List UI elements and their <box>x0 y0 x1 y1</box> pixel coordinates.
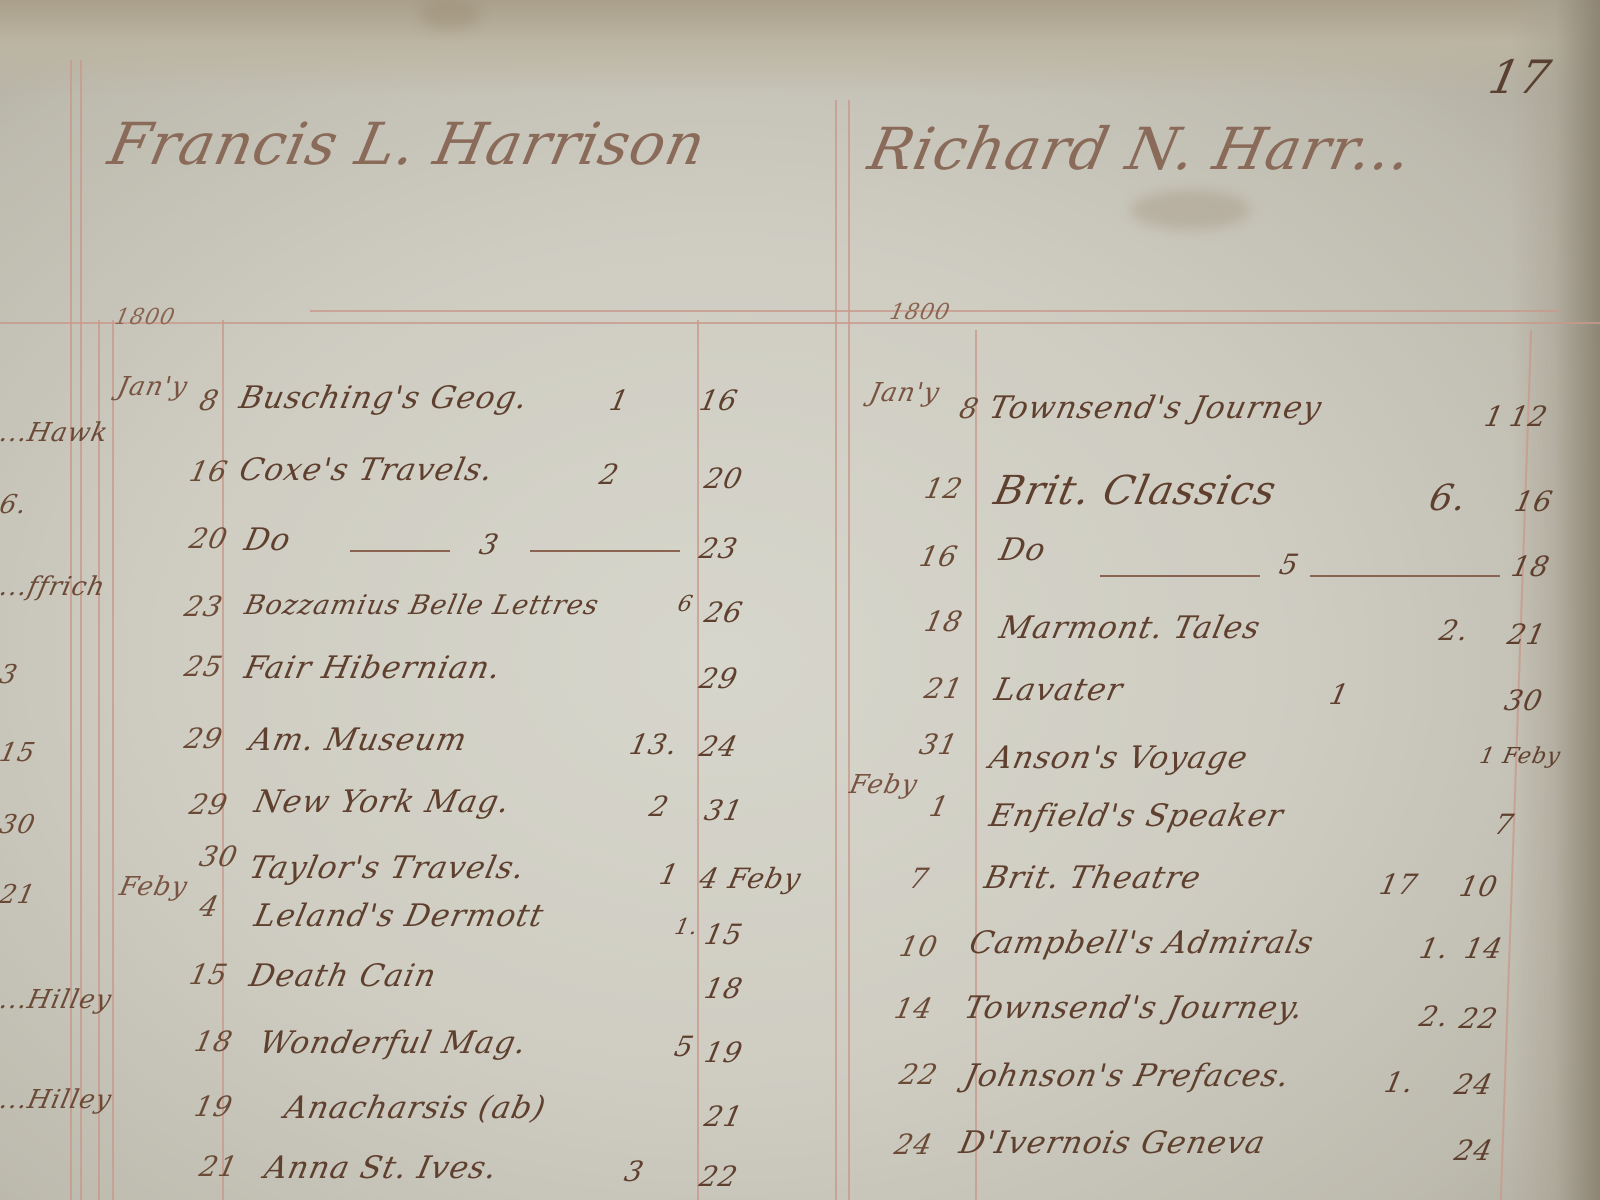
entry-title: Do <box>996 532 1049 568</box>
paper-stain-top <box>0 0 1600 95</box>
entry-title: D'Ivernois Geneva <box>956 1125 1269 1161</box>
entry-returned: 16 <box>1511 485 1556 518</box>
entry-title: Anna St. Ives. <box>261 1150 501 1186</box>
entry-month: Jan'y <box>115 372 191 402</box>
entry-volume: 1. <box>1416 932 1452 965</box>
entry-day: 16 <box>186 455 231 488</box>
right-account-name: Richard N. Harr... <box>863 115 1419 183</box>
ruling-center-2 <box>848 100 850 1200</box>
entry-day: 4 <box>196 890 222 923</box>
entry-day: 7 <box>906 862 932 895</box>
margin-fragment: 30 <box>0 810 38 840</box>
entry-volume: 2. <box>1436 614 1472 647</box>
entry-day: 20 <box>186 522 231 555</box>
entry-returned: 24 <box>1451 1134 1496 1167</box>
margin-fragment: ...Hilley <box>0 985 115 1015</box>
entry-title: Death Cain <box>246 958 440 994</box>
entry-day: 24 <box>891 1128 936 1161</box>
entry-title: Coxe's Travels. <box>236 452 497 488</box>
entry-day: 23 <box>181 590 226 623</box>
entry-day: 16 <box>916 540 961 573</box>
entry-volume: 5 <box>671 1030 697 1063</box>
entry-title: Wonderful Mag. <box>256 1025 530 1061</box>
entry-returned: 18 <box>701 972 746 1005</box>
entry-title: Lavater <box>991 672 1126 708</box>
entry-returned: 30 <box>1501 684 1546 717</box>
entry-title: Fair Hibernian. <box>241 650 504 686</box>
entry-title: Do <box>241 522 294 558</box>
left-year: 1800 <box>112 305 177 330</box>
entry-day: 12 <box>921 472 966 505</box>
entry-volume: 17 <box>1376 868 1421 901</box>
entry-volume: 2. <box>1416 1000 1452 1033</box>
ditto-line <box>530 550 680 552</box>
entry-day: 18 <box>921 605 966 638</box>
entry-title: Anson's Voyage <box>986 740 1251 776</box>
entry-returned: 21 <box>701 1100 746 1133</box>
entry-volume: 1. <box>1381 1066 1417 1099</box>
entry-title: Anacharsis (ab) <box>281 1090 549 1126</box>
entry-title: Taylor's Travels. <box>246 850 528 886</box>
margin-fragment: ...ffrich <box>0 572 108 602</box>
ruling-center-1 <box>835 100 837 1200</box>
entry-returned: 14 <box>1461 932 1506 965</box>
entry-returned: 22 <box>1456 1002 1501 1035</box>
entry-returned: 18 <box>1508 550 1553 583</box>
margin-fragment: 3 <box>0 660 21 690</box>
entry-day: 15 <box>186 958 231 991</box>
entry-volume: 3 <box>621 1155 647 1188</box>
entry-returned: 15 <box>701 918 746 951</box>
entry-day: 31 <box>916 728 961 761</box>
entry-returned: 4 Feby <box>696 862 804 895</box>
left-account-name: Francis L. Harrison <box>103 110 712 178</box>
entry-day: 25 <box>181 650 226 683</box>
entry-volume: 1 <box>656 858 682 891</box>
ruling-header-line-1 <box>0 322 1600 324</box>
ditto-line <box>1100 575 1260 577</box>
entry-returned: 24 <box>696 730 741 763</box>
entry-returned: 26 <box>701 596 746 629</box>
water-stain <box>1130 190 1250 230</box>
entry-title: New York Mag. <box>251 784 513 820</box>
entry-title: Busching's Geog. <box>236 380 531 416</box>
entry-title: Campbell's Admirals <box>966 925 1317 961</box>
ditto-line <box>350 550 450 552</box>
entry-title: Townsend's Journey <box>986 390 1325 426</box>
entry-day: 8 <box>956 392 982 425</box>
entry-day: 1 <box>926 790 952 823</box>
ruling-margin-left-2 <box>80 60 82 1200</box>
entry-day: 21 <box>921 672 966 705</box>
entry-title: Townsend's Journey. <box>961 990 1307 1026</box>
entry-title: Enfield's Speaker <box>986 798 1287 834</box>
entry-day: 21 <box>196 1150 241 1183</box>
ink-blot <box>420 0 480 30</box>
margin-fragment: ...Hilley <box>0 1085 115 1115</box>
margin-fragment: 6. <box>0 490 30 520</box>
entry-returned: 20 <box>701 462 746 495</box>
entry-returned: 16 <box>696 384 741 417</box>
entry-day: 29 <box>181 722 226 755</box>
paper-shadow-right <box>1510 0 1600 1200</box>
entry-volume: 6. <box>1426 478 1471 519</box>
margin-fragment: ...Hawk <box>0 418 111 448</box>
entry-returned: 29 <box>696 662 741 695</box>
entry-title: Leland's Dermott <box>251 898 547 934</box>
entry-returned: 31 <box>701 794 746 827</box>
entry-volume: 1 <box>1326 678 1352 711</box>
entry-month: Jan'y <box>867 378 943 408</box>
entry-volume: 1 <box>606 384 632 417</box>
entry-day: 14 <box>891 992 936 1025</box>
entry-volume: 1 <box>1481 400 1507 433</box>
margin-fragment: 15 <box>0 738 38 768</box>
entry-title: Johnson's Prefaces. <box>961 1058 1293 1094</box>
entry-returned: 21 <box>1504 618 1549 651</box>
entry-day: 22 <box>896 1058 941 1091</box>
entry-day: 18 <box>191 1025 236 1058</box>
entry-month: Feby <box>117 872 191 902</box>
entry-volume: 5 <box>1276 548 1302 581</box>
entry-title: Marmont. Tales <box>996 610 1264 646</box>
margin-fragment: 21 <box>0 880 38 910</box>
entry-returned: 1 Feby <box>1477 744 1563 769</box>
entry-returned: 12 <box>1506 400 1551 433</box>
entry-title: Brit. Theatre <box>981 860 1204 896</box>
right-year: 1800 <box>887 300 952 325</box>
entry-volume: 2 <box>596 458 622 491</box>
entry-title: Am. Museum <box>246 722 470 758</box>
ruling-left-title-col <box>222 320 224 1200</box>
ruling-margin-left-1 <box>70 60 72 1200</box>
entry-day: 30 <box>196 840 241 873</box>
entry-returned: 19 <box>701 1036 746 1069</box>
ruling-left-date-col-2 <box>112 320 114 1200</box>
ruling-left-date-col <box>98 320 100 1200</box>
entry-title: Bozzamius Belle Lettres <box>242 590 602 621</box>
entry-returned: 22 <box>696 1160 741 1193</box>
entry-day: 19 <box>191 1090 236 1123</box>
page-number: 17 <box>1484 50 1556 104</box>
entry-returned: 23 <box>696 532 741 565</box>
ditto-line <box>1310 575 1500 577</box>
entry-day: 29 <box>186 788 231 821</box>
entry-volume: 13. <box>626 728 681 761</box>
entry-month: Feby <box>847 770 921 800</box>
entry-day: 10 <box>896 930 941 963</box>
entry-returned: 24 <box>1451 1068 1496 1101</box>
entry-volume: 3 <box>476 528 502 561</box>
entry-volume: 6 <box>675 592 695 617</box>
entry-title: Brit. Classics <box>990 468 1281 514</box>
entry-volume: 2 <box>646 790 672 823</box>
entry-day: 8 <box>196 384 222 417</box>
entry-returned: 10 <box>1456 870 1501 903</box>
